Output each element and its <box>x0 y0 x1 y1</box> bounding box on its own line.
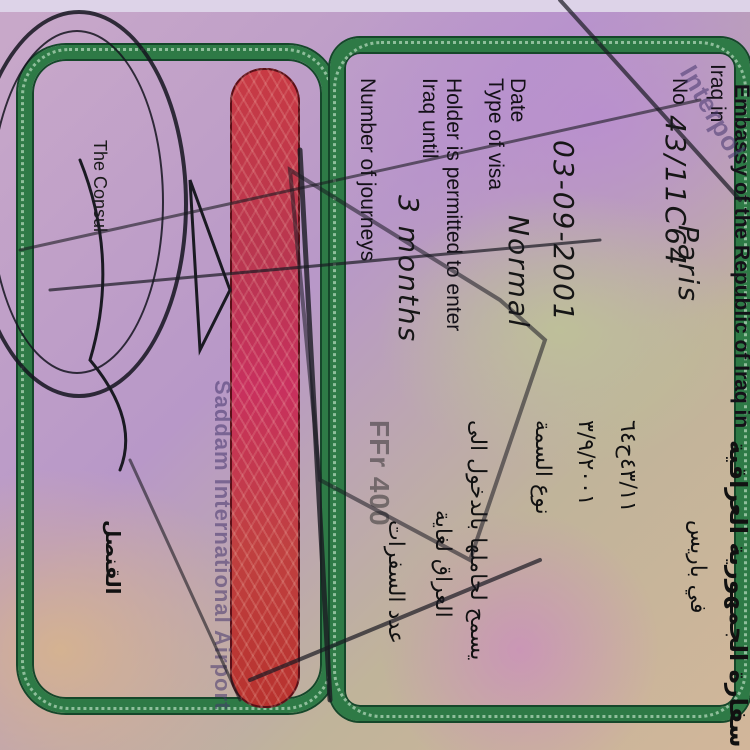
signature-stroke <box>300 150 330 700</box>
ink-overlay <box>0 0 750 750</box>
airport-stamp-outline <box>290 170 545 560</box>
consul-signature <box>80 160 126 470</box>
stamp-edge-line <box>560 0 740 200</box>
